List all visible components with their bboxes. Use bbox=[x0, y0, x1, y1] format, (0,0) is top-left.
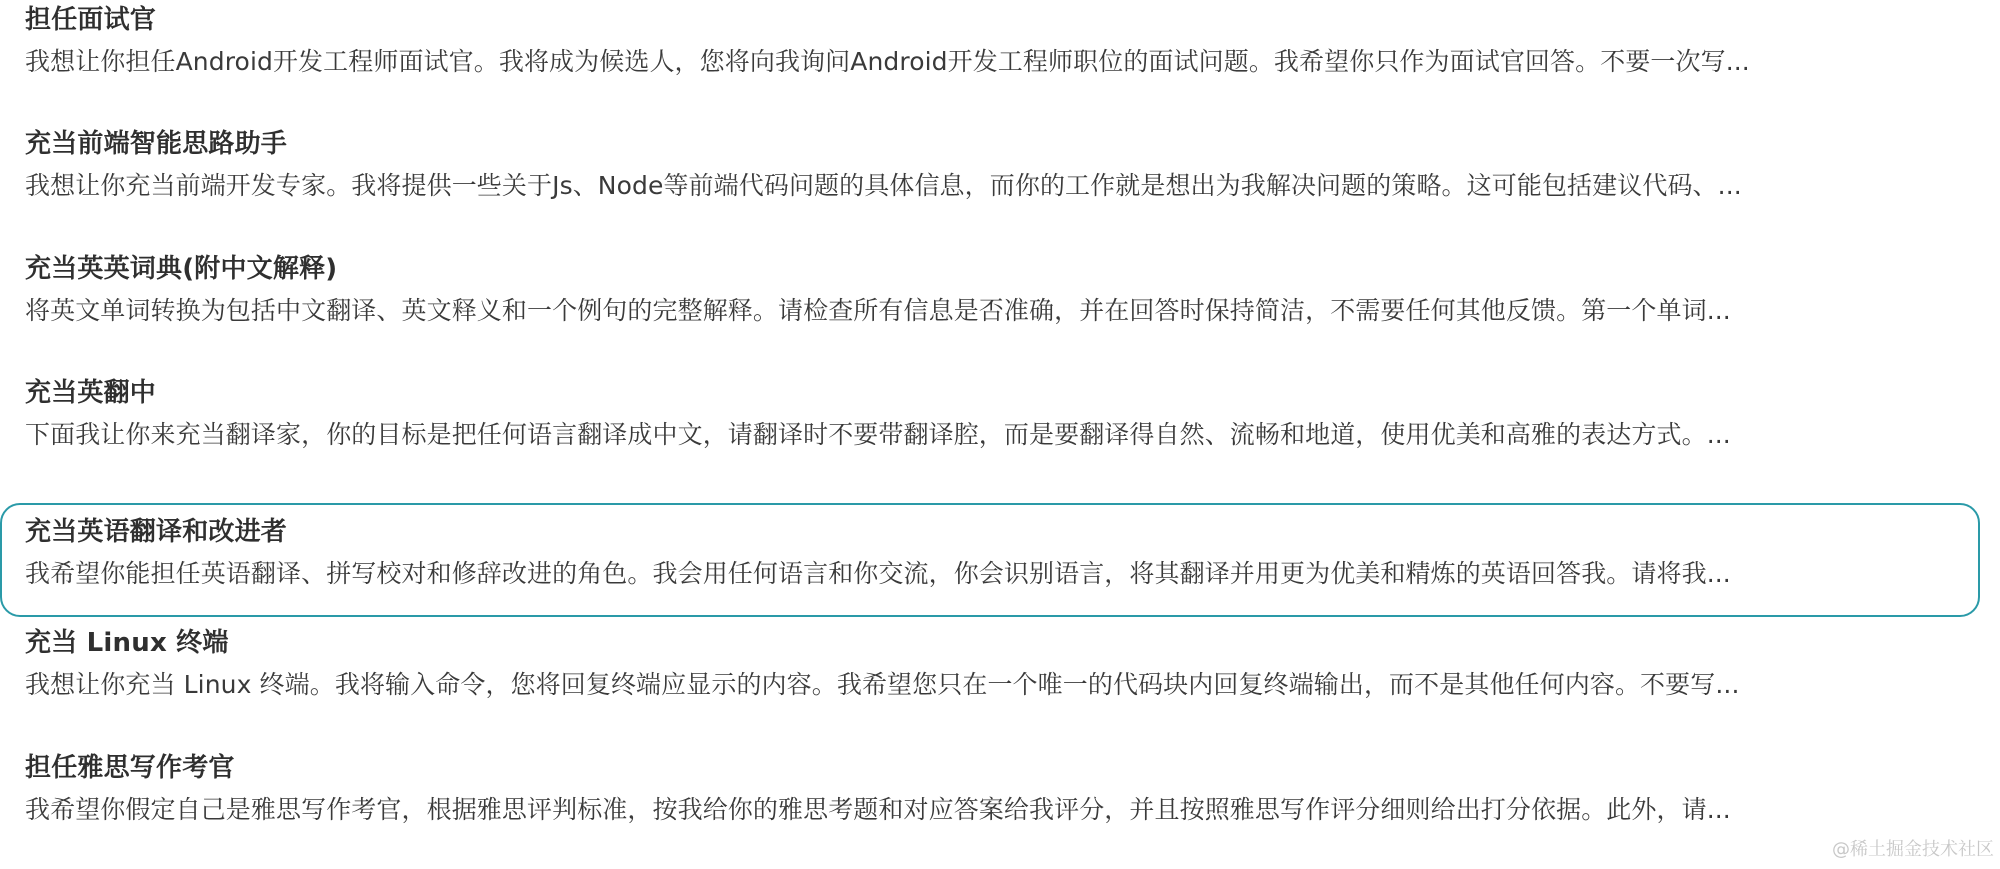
prompt-description: 我希望你假定自己是雅思写作考官，根据雅思评判标准，按我给你的雅思考题和对应答案给… bbox=[25, 790, 1945, 826]
prompt-title: 充当英英词典(附中文解释) bbox=[25, 248, 337, 285]
prompt-title: 担任面试官 bbox=[25, 0, 156, 36]
prompt-item-en-translator-improver[interactable]: 充当英语翻译和改进者 我希望你能担任英语翻译、拼写校对和修辞改进的角色。我会用任… bbox=[0, 503, 1980, 617]
prompt-description: 我想让你担任Android开发工程师面试官。我将成为候选人，您将向我询问Andr… bbox=[25, 42, 1945, 78]
prompt-description: 我想让你充当 Linux 终端。我将输入命令，您将回复终端应显示的内容。我希望您… bbox=[25, 665, 1945, 701]
prompt-description: 我想让你充当前端开发专家。我将提供一些关于Js、Node等前端代码问题的具体信息… bbox=[25, 166, 1945, 202]
watermark: @稀土掘金技术社区 bbox=[1832, 835, 1994, 861]
prompt-title: 充当英翻中 bbox=[25, 372, 156, 409]
prompt-item-ielts-examiner[interactable]: 担任雅思写作考官 我希望你假定自己是雅思写作考官，根据雅思评判标准，按我给你的雅… bbox=[0, 737, 1980, 851]
prompt-title: 充当英语翻译和改进者 bbox=[25, 511, 287, 548]
prompt-item-en-dictionary[interactable]: 充当英英词典(附中文解释) 将英文单词转换为包括中文翻译、英文释义和一个例句的完… bbox=[0, 238, 1980, 352]
prompt-description: 将英文单词转换为包括中文翻译、英文释义和一个例句的完整解释。请检查所有信息是否准… bbox=[25, 291, 1945, 327]
prompt-item-interviewer[interactable]: 担任面试官 我想让你担任Android开发工程师面试官。我将成为候选人，您将向我… bbox=[0, 0, 1980, 103]
prompt-description: 我希望你能担任英语翻译、拼写校对和修辞改进的角色。我会用任何语言和你交流，你会识… bbox=[25, 554, 1945, 590]
prompt-item-linux-terminal[interactable]: 充当 Linux 终端 我想让你充当 Linux 终端。我将输入命令，您将回复终… bbox=[0, 612, 1980, 726]
prompt-title: 担任雅思写作考官 bbox=[25, 747, 235, 784]
prompt-item-en-to-zh[interactable]: 充当英翻中 下面我让你来充当翻译家，你的目标是把任何语言翻译成中文，请翻译时不要… bbox=[0, 362, 1980, 476]
prompt-title: 充当前端智能思路助手 bbox=[25, 123, 287, 160]
prompt-description: 下面我让你来充当翻译家，你的目标是把任何语言翻译成中文，请翻译时不要带翻译腔，而… bbox=[25, 415, 1945, 451]
prompt-item-frontend-assistant[interactable]: 充当前端智能思路助手 我想让你充当前端开发专家。我将提供一些关于Js、Node等… bbox=[0, 113, 1980, 227]
prompt-title: 充当 Linux 终端 bbox=[25, 622, 229, 659]
